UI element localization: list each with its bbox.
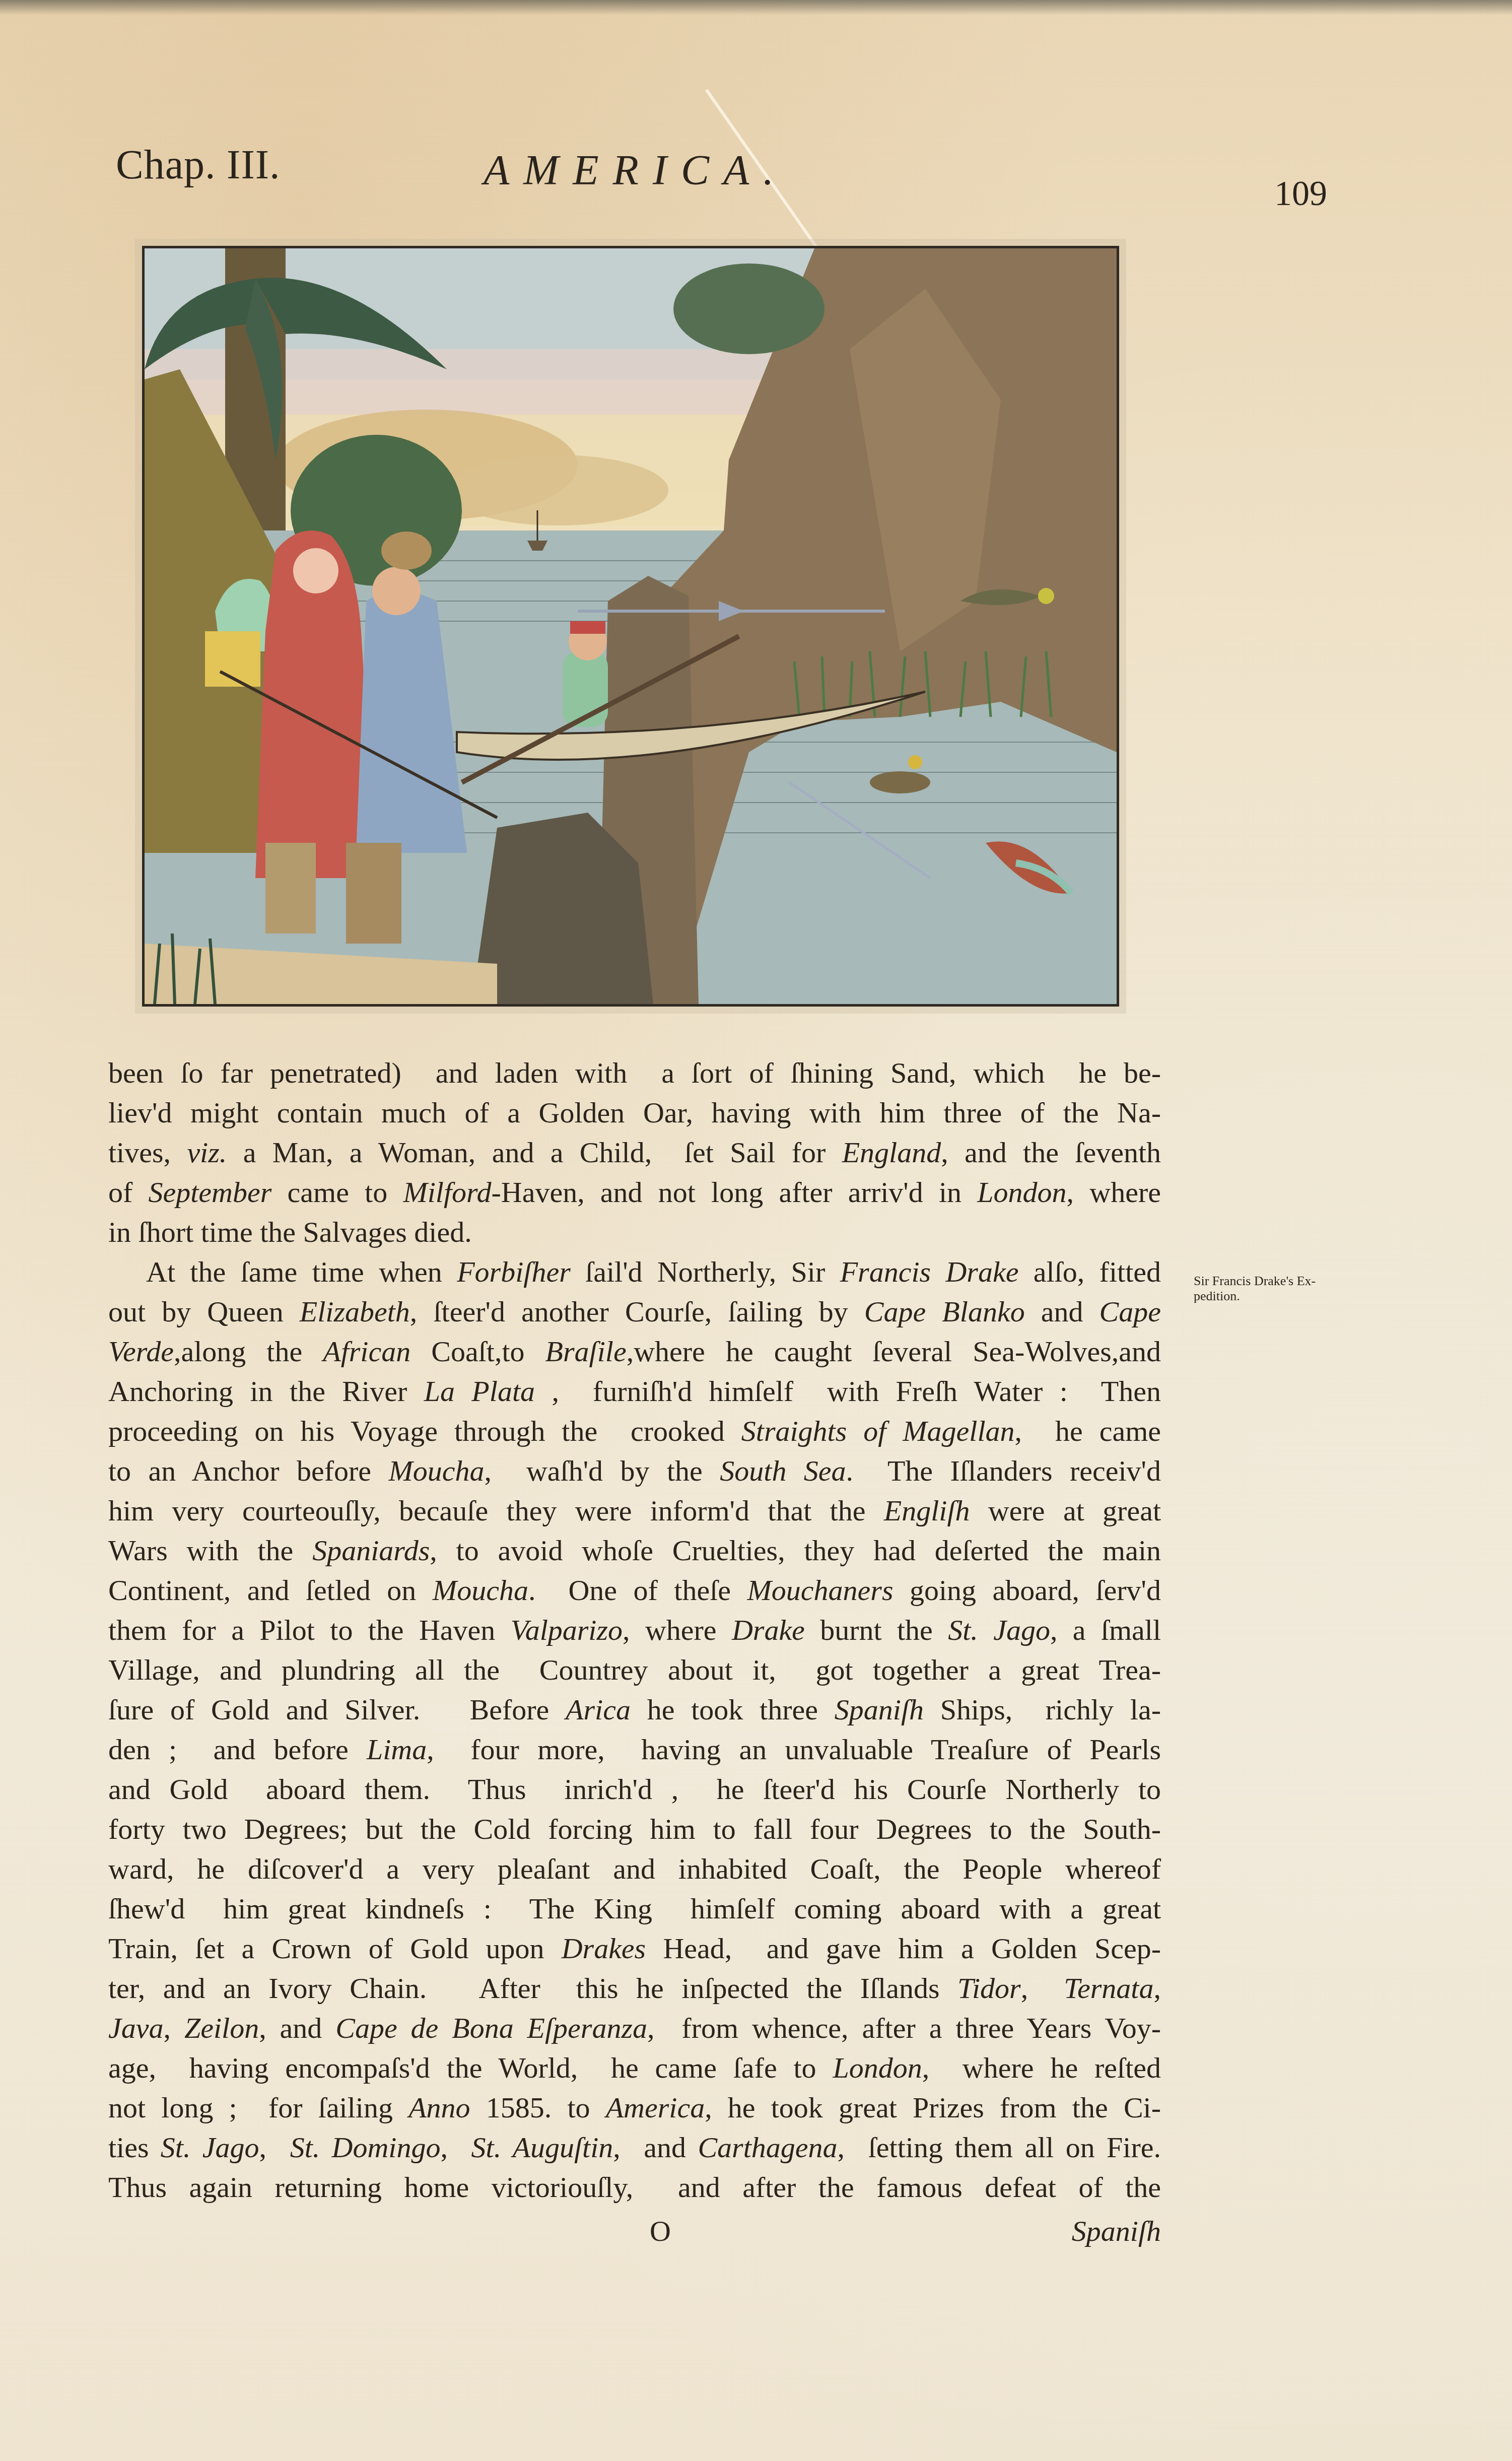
torn-top-edge [0,0,1512,15]
text-line: Java, Zeilon, and Cape de Bona Eſperanza… [108,2008,1161,2048]
text-line: to an Anchor before Moucha, waſh'd by th… [108,1451,1161,1491]
body-text: been ſo far penetrated) and laden with a… [108,1053,1161,2207]
text-line: ſhew'd him great kindneſs : The King him… [108,1889,1161,1928]
text-line: of September came to Milford-Haven, and … [108,1172,1161,1212]
page-number: 109 [1274,174,1327,214]
text-line: in ſhort time the Salvages died. [108,1212,1161,1252]
text-line: Continent, and ſetled on Moucha. One of … [108,1570,1161,1610]
signature-mark: O [650,2214,671,2248]
text-line: Train, ſet a Crown of Gold upon Drakes H… [108,1928,1161,1968]
text-line: Village, and plundring all the Countrey … [108,1650,1161,1690]
engraving-illustration [145,248,1117,1004]
text-line: Thus again returning home victoriouſly, … [108,2167,1161,2207]
page-footer: O Spaniſh [108,2214,1161,2259]
text-line: been ſo far penetrated) and laden with a… [108,1053,1161,1093]
margin-note-line-1: Sir Francis Drake's Ex- [1194,1274,1360,1289]
text-line: Anchoring in the River La Plata , furniſ… [108,1371,1161,1411]
margin-note-line-2: pedition. [1194,1289,1360,1304]
text-line: Verde,along the African Coaſt,to Braſile… [108,1332,1161,1371]
catchword: Spaniſh [1072,2214,1161,2248]
text-line: tives, viz. a Man, a Woman, and a Child,… [108,1133,1161,1172]
engraving-plate [142,246,1119,1007]
text-line: them for a Pilot to the Haven Valparizo,… [108,1610,1161,1650]
text-line: ſure of Gold and Silver. Before Arica he… [108,1690,1161,1730]
text-line: forty two Degrees; but the Cold forcing … [108,1809,1161,1849]
running-title: AMERICA. [484,146,788,195]
chapter-label: Chap. III. [116,141,281,188]
text-line: den ; and before Lima, four more, having… [108,1730,1161,1769]
text-line: liev'd might contain much of a Golden Oa… [108,1093,1161,1133]
text-line: ter, and an Ivory Chain. After this he i… [108,1968,1161,2008]
text-line: not long ; for ſailing Anno 1585. to Ame… [108,2088,1161,2127]
running-header: Chap. III. AMERICA. 109 [116,141,1335,217]
book-page: Chap. III. AMERICA. 109 [0,0,1512,2461]
text-line: ward, he diſcover'd a very pleaſant and … [108,1849,1161,1889]
text-line: and Gold aboard them. Thus inrich'd , he… [108,1769,1161,1809]
text-line: At the ſame time when Forbiſher ſail'd N… [108,1252,1161,1292]
margin-note: Sir Francis Drake's Ex- pedition. [1194,1274,1360,1304]
text-line: out by Queen Elizabeth, ſteer'd another … [108,1292,1161,1332]
text-line: proceeding on his Voyage through the cro… [108,1411,1161,1451]
text-line: Wars with the Spaniards, to avoid whoſe … [108,1531,1161,1570]
text-line: him very courteouſly, becauſe they were … [108,1491,1161,1531]
text-line: ties St. Jago, St. Domingo, St. Auguſtin… [108,2127,1161,2167]
text-line: age, having encompaſs'd the World, he ca… [108,2048,1161,2088]
